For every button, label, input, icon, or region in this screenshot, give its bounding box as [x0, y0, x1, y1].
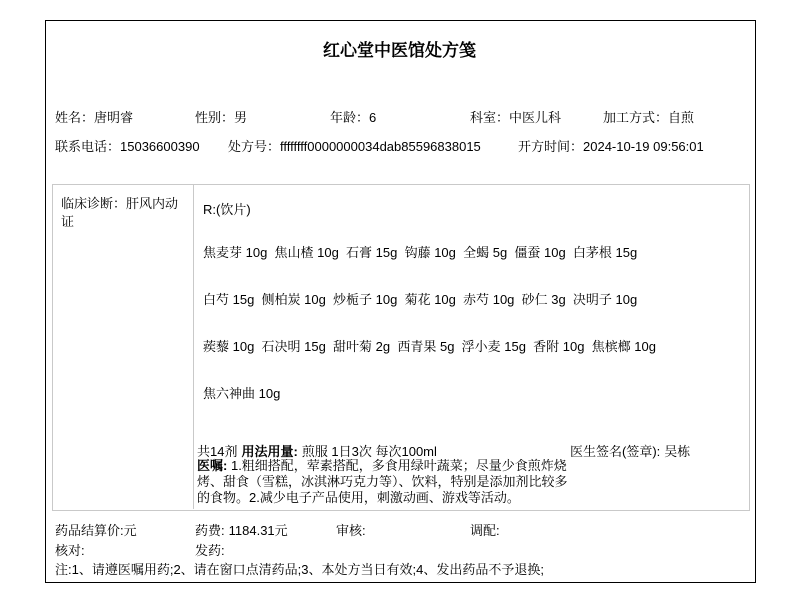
patient-name-field: 姓名：唐明睿: [55, 107, 133, 126]
prescription-time-field: 开方时间：2024-10-19 09:56:01: [518, 136, 704, 155]
contact-phone-value: 15036600390: [120, 139, 200, 154]
department-value: 中医儿科: [509, 110, 561, 125]
usage-label: 用法用量:: [241, 444, 297, 459]
patient-age-field: 年龄：6: [330, 107, 376, 126]
audit-field: 审核:: [336, 520, 366, 539]
patient-name-value: 唐明睿: [94, 110, 133, 125]
footer-notes: 注:1、请遵医嘱用药;2、请在窗口点清药品;3、本处方当日有效;4、发出药品不予…: [55, 559, 544, 578]
doctor-signature-value: 吴栋: [664, 444, 690, 459]
doctor-signature-field: 医生签名(签章):吴栋: [570, 441, 690, 460]
prescription-time-label: 开方时间：: [518, 139, 583, 154]
patient-age-label: 年龄：: [330, 110, 369, 125]
patient-gender-value: 男: [234, 110, 247, 125]
dose-count: 共14剂: [197, 444, 237, 459]
department-field: 科室：中医儿科: [470, 107, 561, 126]
clinical-diagnosis: 临床诊断：肝风内动证: [61, 195, 189, 231]
processing-method-label: 加工方式：: [603, 110, 668, 125]
check-field: 核对:: [55, 540, 85, 559]
table-column-divider: [193, 184, 194, 509]
issue-field: 发药:: [195, 540, 225, 559]
patient-gender-field: 性别：男: [195, 107, 247, 126]
department-label: 科室：: [470, 110, 509, 125]
settlement-price-field: 药品结算价:元: [55, 520, 137, 539]
doctor-advice-label: 医嘱:: [197, 458, 227, 473]
prescription-time-value: 2024-10-19 09:56:01: [583, 139, 704, 154]
processing-method-field: 加工方式：自煎: [603, 107, 694, 126]
medicine-row: 白芍 15g 侧柏炭 10g 炒栀子 10g 菊花 10g 赤芍 10g 砂仁 …: [203, 292, 656, 308]
medicine-fee-value: 1184.31元: [229, 523, 288, 538]
page-title: 红心堂中医馆处方笺: [45, 36, 754, 61]
settlement-price-label: 药品结算价:: [55, 523, 124, 538]
doctor-signature-label: 医生签名(签章):: [570, 444, 660, 459]
contact-phone-field: 联系电话：15036600390: [55, 136, 200, 155]
settlement-price-unit: 元: [124, 523, 137, 538]
medicine-fee-label: 药费:: [195, 523, 225, 538]
dispense-field: 调配:: [470, 520, 500, 539]
doctor-advice: 医嘱: 1.粗细搭配，荤素搭配，多食用绿叶蔬菜；尽量少食煎炸烧烤、甜食（雪糕，冰…: [197, 458, 571, 506]
medicine-fee-field: 药费:1184.31元: [195, 520, 288, 539]
medicine-row: 焦麦芽 10g 焦山楂 10g 石膏 15g 钩藤 10g 全蝎 5g 僵蚕 1…: [203, 245, 656, 261]
patient-age-value: 6: [369, 110, 376, 125]
medicine-row: 蒺藜 10g 石决明 15g 甜叶菊 2g 西青果 5g 浮小麦 15g 香附 …: [203, 339, 656, 355]
usage-value: 煎服 1日3次 每次100ml: [302, 444, 437, 459]
prescription-number-value: ffffffff0000000034dab85596838015: [280, 139, 481, 154]
patient-name-label: 姓名：: [55, 110, 94, 125]
doctor-advice-text: 1.粗细搭配，荤素搭配，多食用绿叶蔬菜；尽量少食煎炸烧烤、甜食（雪糕，冰淇淋巧克…: [197, 458, 568, 505]
medicine-row: 焦六神曲 10g: [203, 386, 656, 402]
prescription-page: 红心堂中医馆处方笺 姓名：唐明睿 性别：男 年龄：6 科室：中医儿科 加工方式：…: [0, 0, 800, 600]
contact-phone-label: 联系电话：: [55, 139, 120, 154]
prescription-number-label: 处方号：: [228, 139, 280, 154]
medicine-list: 焦麦芽 10g 焦山楂 10g 石膏 15g 钩藤 10g 全蝎 5g 僵蚕 1…: [203, 245, 656, 402]
rx-header: R:(饮片): [203, 199, 251, 218]
clinical-diagnosis-label: 临床诊断：: [61, 196, 126, 211]
patient-gender-label: 性别：: [195, 110, 234, 125]
prescription-number-field: 处方号：ffffffff0000000034dab85596838015: [228, 136, 481, 155]
processing-method-value: 自煎: [668, 110, 694, 125]
